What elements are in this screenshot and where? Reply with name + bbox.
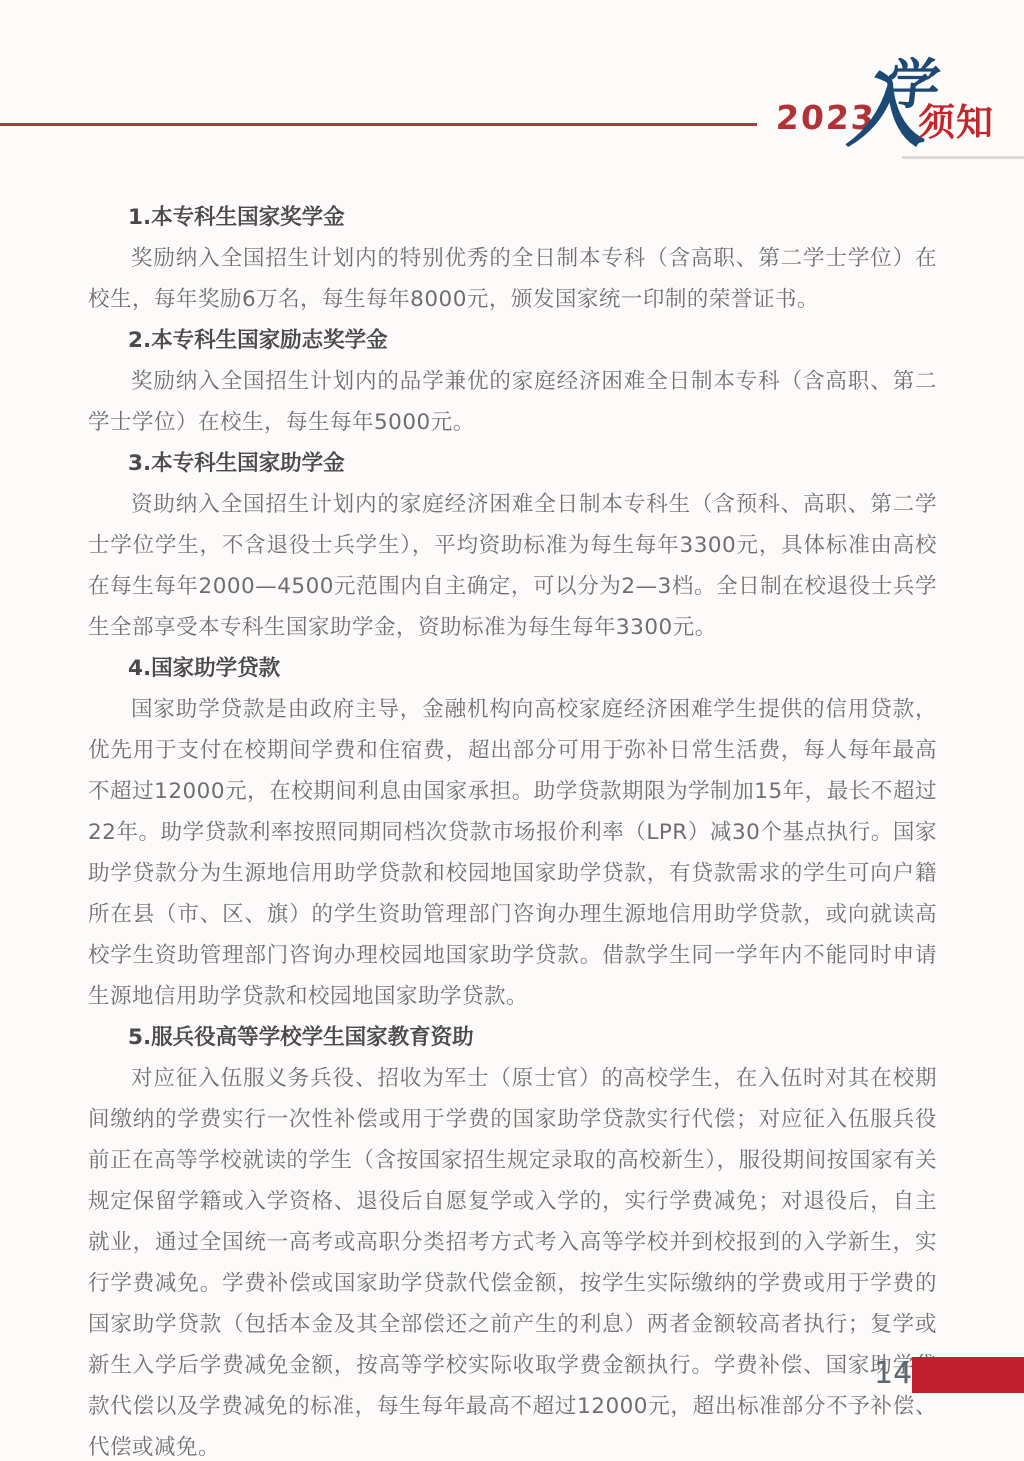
section-paragraph-1: 奖励纳入全国招生计划内的特别优秀的全日制本专科（含高职、第二学士学位）在校生，每…: [88, 238, 937, 320]
section-heading-2: 2.本专科生国家励志奖学金: [88, 320, 937, 361]
section-paragraph-4: 国家助学贷款是由政府主导，金融机构向高校家庭经济困难学生提供的信用贷款，优先用于…: [88, 689, 937, 1017]
document-content: 1.本专科生国家奖学金 奖励纳入全国招生计划内的特别优秀的全日制本专科（含高职、…: [88, 197, 937, 1461]
section-heading-3: 3.本专科生国家助学金: [88, 443, 937, 484]
header-rule: [0, 123, 757, 126]
section-heading-1: 1.本专科生国家奖学金: [88, 197, 937, 238]
logo-underline: [902, 156, 1024, 159]
section-heading-4: 4.国家助学贷款: [88, 648, 937, 689]
section-paragraph-3: 资助纳入全国招生计划内的家庭经济困难全日制本专科生（含预科、高职、第二学士学位学…: [88, 484, 937, 648]
logo-suzhi-text: 须知: [918, 104, 994, 141]
section-paragraph-2: 奖励纳入全国招生计划内的品学兼优的家庭经济困难全日制本专科（含高职、第二学士学位…: [88, 361, 937, 443]
footer-accent-bar: [912, 1357, 1024, 1393]
enrollment-guide-logo: 2023 入 学 须知: [770, 58, 1024, 168]
section-paragraph-5: 对应征入伍服义务兵役、招收为军士（原士官）的高校学生，在入伍时对其在校期间缴纳的…: [88, 1058, 937, 1461]
page-number: 14: [874, 1356, 908, 1391]
section-heading-5: 5.服兵役高等学校学生国家教育资助: [88, 1017, 937, 1058]
